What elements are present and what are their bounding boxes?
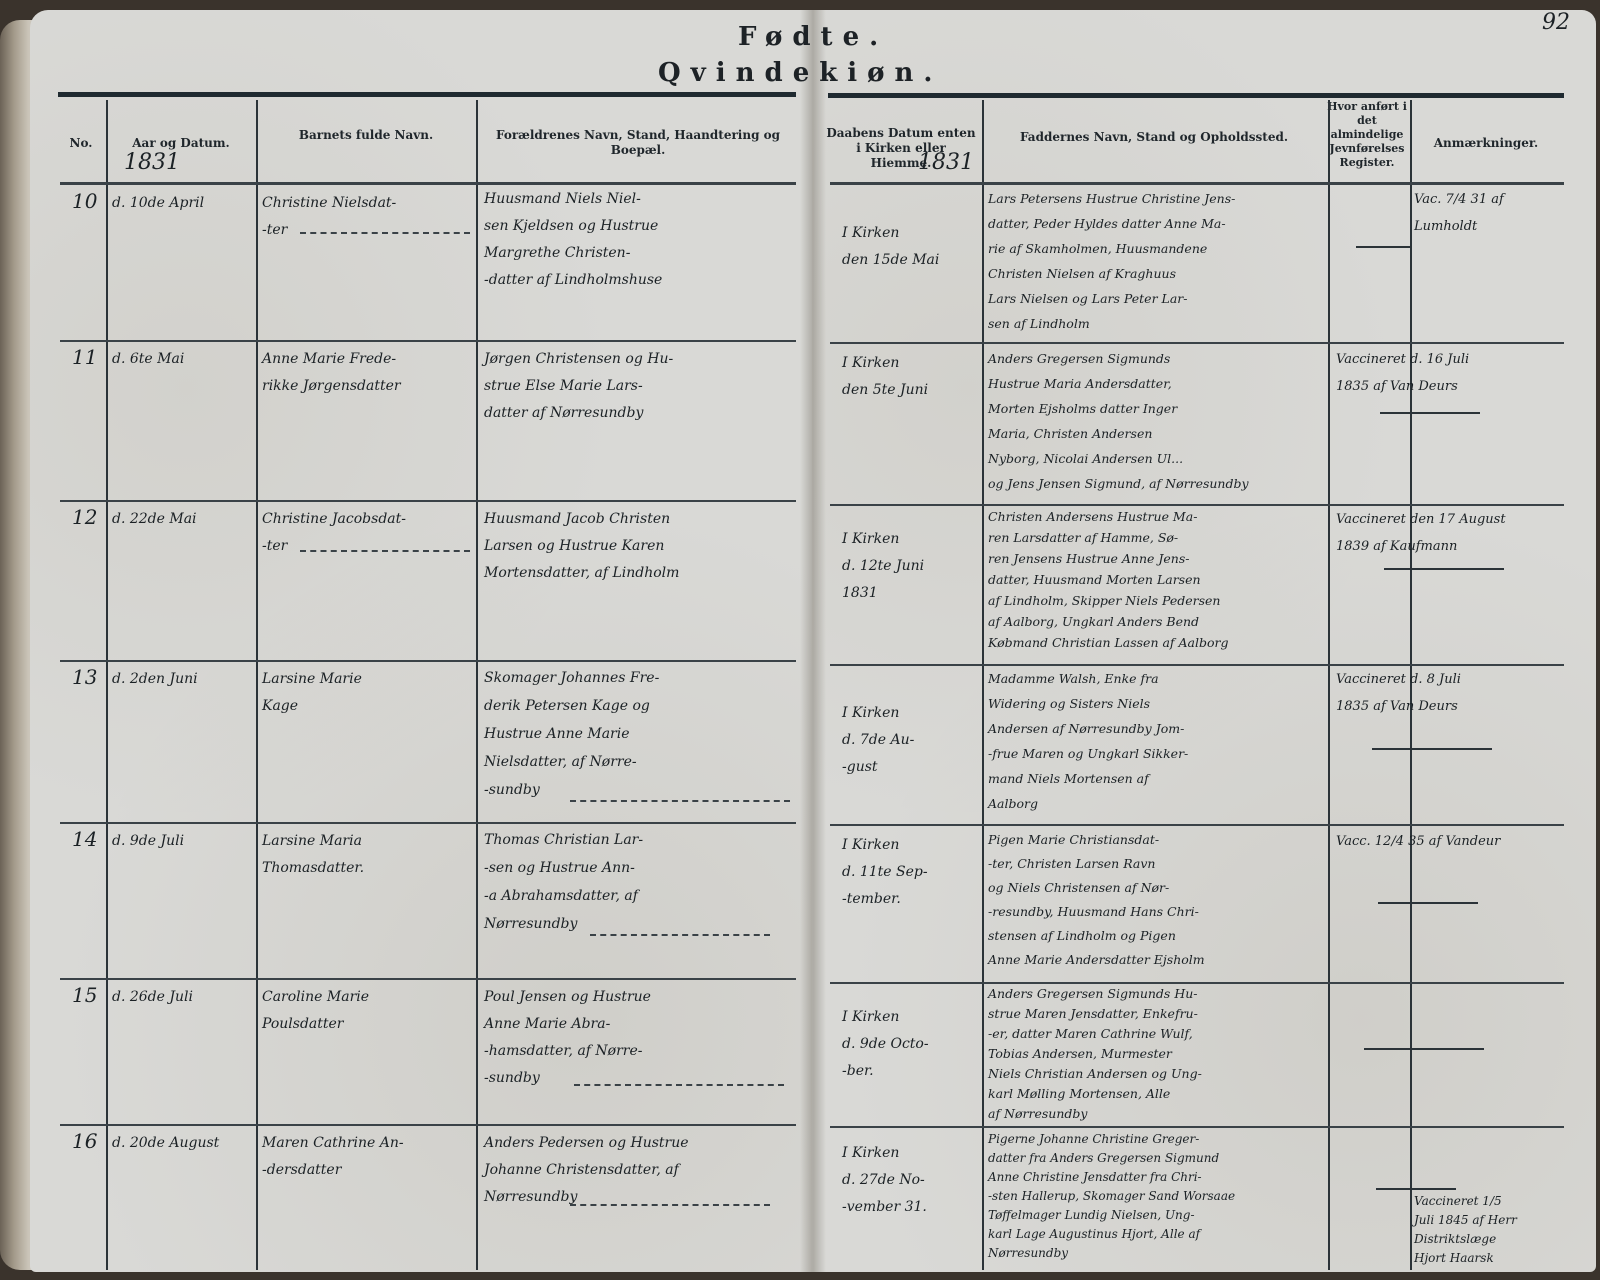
entry-baptism: I Kirken den 15de Mai bbox=[842, 220, 978, 274]
row-divider bbox=[60, 978, 796, 980]
remarks-rule bbox=[1380, 412, 1480, 414]
entry-godparents: Anders Gregersen Sigmunds Hu- strue Mare… bbox=[988, 984, 1326, 1124]
col-divider bbox=[256, 100, 258, 1270]
col-divider bbox=[1328, 100, 1330, 1270]
entry-birth-date: d. 22de Mai bbox=[112, 506, 256, 533]
entry-number: 15 bbox=[72, 982, 97, 1009]
entry-remarks: Vaccineret 1/5 Juli 1845 af Herr Distrik… bbox=[1414, 1192, 1564, 1268]
entry-remarks: Vaccineret d. 8 Juli 1835 af Van Deurs bbox=[1336, 666, 1564, 720]
entry-baptism: I Kirken d. 11te Sep- -tember. bbox=[842, 832, 978, 913]
year-1831-baptism: 1831 bbox=[918, 150, 974, 175]
filler-dash bbox=[590, 934, 770, 936]
entry-birth-date: d. 6te Mai bbox=[112, 346, 256, 373]
entry-godparents: Christen Andersens Hustrue Ma- ren Larsd… bbox=[988, 506, 1326, 653]
register-rule bbox=[1376, 1188, 1456, 1190]
entry-parents: Poul Jensen og Hustrue Anne Marie Abra- … bbox=[484, 984, 796, 1092]
entry-godparents: Pigerne Johanne Christine Greger- datter… bbox=[988, 1130, 1326, 1263]
entry-number: 10 bbox=[72, 188, 97, 215]
entry-number: 14 bbox=[72, 826, 97, 853]
entry-parents: Jørgen Christensen og Hu- strue Else Mar… bbox=[484, 346, 796, 427]
col-divider bbox=[982, 100, 984, 1270]
col-divider bbox=[476, 100, 478, 1270]
register-rule bbox=[1356, 246, 1410, 248]
row-divider bbox=[60, 660, 796, 662]
row-divider bbox=[60, 500, 796, 502]
entry-child-name: Larsine Maria Thomasdatter. bbox=[262, 828, 474, 882]
colhead-register: Hvor anført i det almindelige Jevnførels… bbox=[1326, 100, 1408, 170]
row-divider bbox=[830, 1126, 1564, 1128]
entry-godparents: Anders Gregersen Sigmunds Hustrue Maria … bbox=[988, 346, 1326, 496]
entry-godparents: Madamme Walsh, Enke fra Widering og Sist… bbox=[988, 666, 1326, 816]
entry-birth-date: d. 10de April bbox=[112, 190, 256, 217]
entry-godparents: Pigen Marie Christiansdat- -ter, Christe… bbox=[988, 828, 1326, 972]
header-bottom-rule-right bbox=[830, 182, 1564, 185]
header-bottom-rule-left bbox=[60, 182, 796, 185]
remarks-rule bbox=[1378, 902, 1478, 904]
filler-dash bbox=[570, 1204, 770, 1206]
entry-birth-date: d. 2den Juni bbox=[112, 666, 256, 693]
filler-dash bbox=[574, 1084, 784, 1086]
entry-parents: Huusmand Jacob Christen Larsen og Hustru… bbox=[484, 506, 796, 587]
colhead-parents: Forældrenes Navn, Stand, Haandtering og … bbox=[480, 128, 796, 158]
entry-number: 12 bbox=[72, 504, 97, 531]
entry-child-name: Maren Cathrine An- -dersdatter bbox=[262, 1130, 474, 1184]
entry-parents: Anders Pedersen og Hustrue Johanne Chris… bbox=[484, 1130, 796, 1211]
entry-baptism: I Kirken d. 27de No- -vember 31. bbox=[842, 1140, 978, 1221]
title-fodte: Fødte. bbox=[738, 22, 888, 52]
entry-child-name: Christine Nielsdat- -ter bbox=[262, 190, 474, 244]
entry-remarks: Vac. 7/4 31 af Lumholdt bbox=[1414, 186, 1564, 240]
entry-remarks: Vacc. 12/4 35 af Vandeur bbox=[1336, 828, 1564, 855]
entry-birth-date: d. 26de Juli bbox=[112, 984, 256, 1011]
row-divider bbox=[60, 822, 796, 824]
entry-parents: Thomas Christian Lar- -sen og Hustrue An… bbox=[484, 826, 796, 938]
entry-godparents: Lars Petersens Hustrue Christine Jens- d… bbox=[988, 186, 1326, 336]
entry-remarks: Vaccineret d. 16 Juli 1835 af Van Deurs bbox=[1336, 346, 1564, 400]
entry-child-name: Anne Marie Frede- rikke Jørgensdatter bbox=[262, 346, 474, 400]
colhead-child: Barnets fulde Navn. bbox=[258, 128, 474, 143]
entry-baptism: I Kirken d. 9de Octo- -ber. bbox=[842, 1004, 978, 1085]
row-divider bbox=[60, 340, 796, 342]
filler-dash bbox=[570, 800, 790, 802]
entry-child-name: Caroline Marie Poulsdatter bbox=[262, 984, 474, 1038]
remarks-rule bbox=[1372, 748, 1492, 750]
book-spread: Fødte. Qvindekiøn. 92 No. Aar og Datum. … bbox=[0, 0, 1600, 1280]
entry-parents: Skomager Johannes Fre- derik Petersen Ka… bbox=[484, 664, 796, 804]
register-rule bbox=[1364, 1048, 1484, 1050]
entry-child-name: Larsine Marie Kage bbox=[262, 666, 474, 720]
entry-baptism: I Kirken den 5te Juni bbox=[842, 350, 978, 404]
colhead-no: No. bbox=[60, 136, 102, 151]
book-gutter bbox=[800, 10, 826, 1272]
header-rule-right bbox=[828, 93, 1564, 98]
row-divider bbox=[830, 342, 1564, 344]
entry-birth-date: d. 9de Juli bbox=[112, 828, 256, 855]
colhead-date: Aar og Datum. bbox=[108, 136, 254, 151]
header-rule-left bbox=[58, 92, 796, 97]
entry-number: 13 bbox=[72, 664, 97, 691]
colhead-godparents: Faddernes Navn, Stand og Opholdssted. bbox=[984, 130, 1324, 145]
col-divider bbox=[106, 100, 108, 1270]
filler-dash bbox=[300, 550, 470, 552]
title-qvindekion: Qvindekiøn. bbox=[658, 58, 942, 88]
entry-baptism: I Kirken d. 12te Juni 1831 bbox=[842, 526, 978, 607]
entry-remarks: Vaccineret den 17 August 1839 af Kaufman… bbox=[1336, 506, 1564, 560]
entry-baptism: I Kirken d. 7de Au- -gust bbox=[842, 700, 978, 781]
year-1831-date: 1831 bbox=[124, 150, 180, 175]
page-number: 92 bbox=[1542, 10, 1570, 35]
entry-parents: Huusmand Niels Niel- sen Kjeldsen og Hus… bbox=[484, 186, 796, 294]
entry-birth-date: d. 20de August bbox=[112, 1130, 256, 1157]
row-divider bbox=[830, 824, 1564, 826]
colhead-remarks: Anmærkninger. bbox=[1412, 136, 1560, 151]
entry-number: 11 bbox=[72, 344, 97, 371]
entry-number: 16 bbox=[72, 1128, 97, 1155]
row-divider bbox=[60, 1124, 796, 1126]
filler-dash bbox=[300, 232, 470, 234]
remarks-rule bbox=[1384, 568, 1504, 570]
